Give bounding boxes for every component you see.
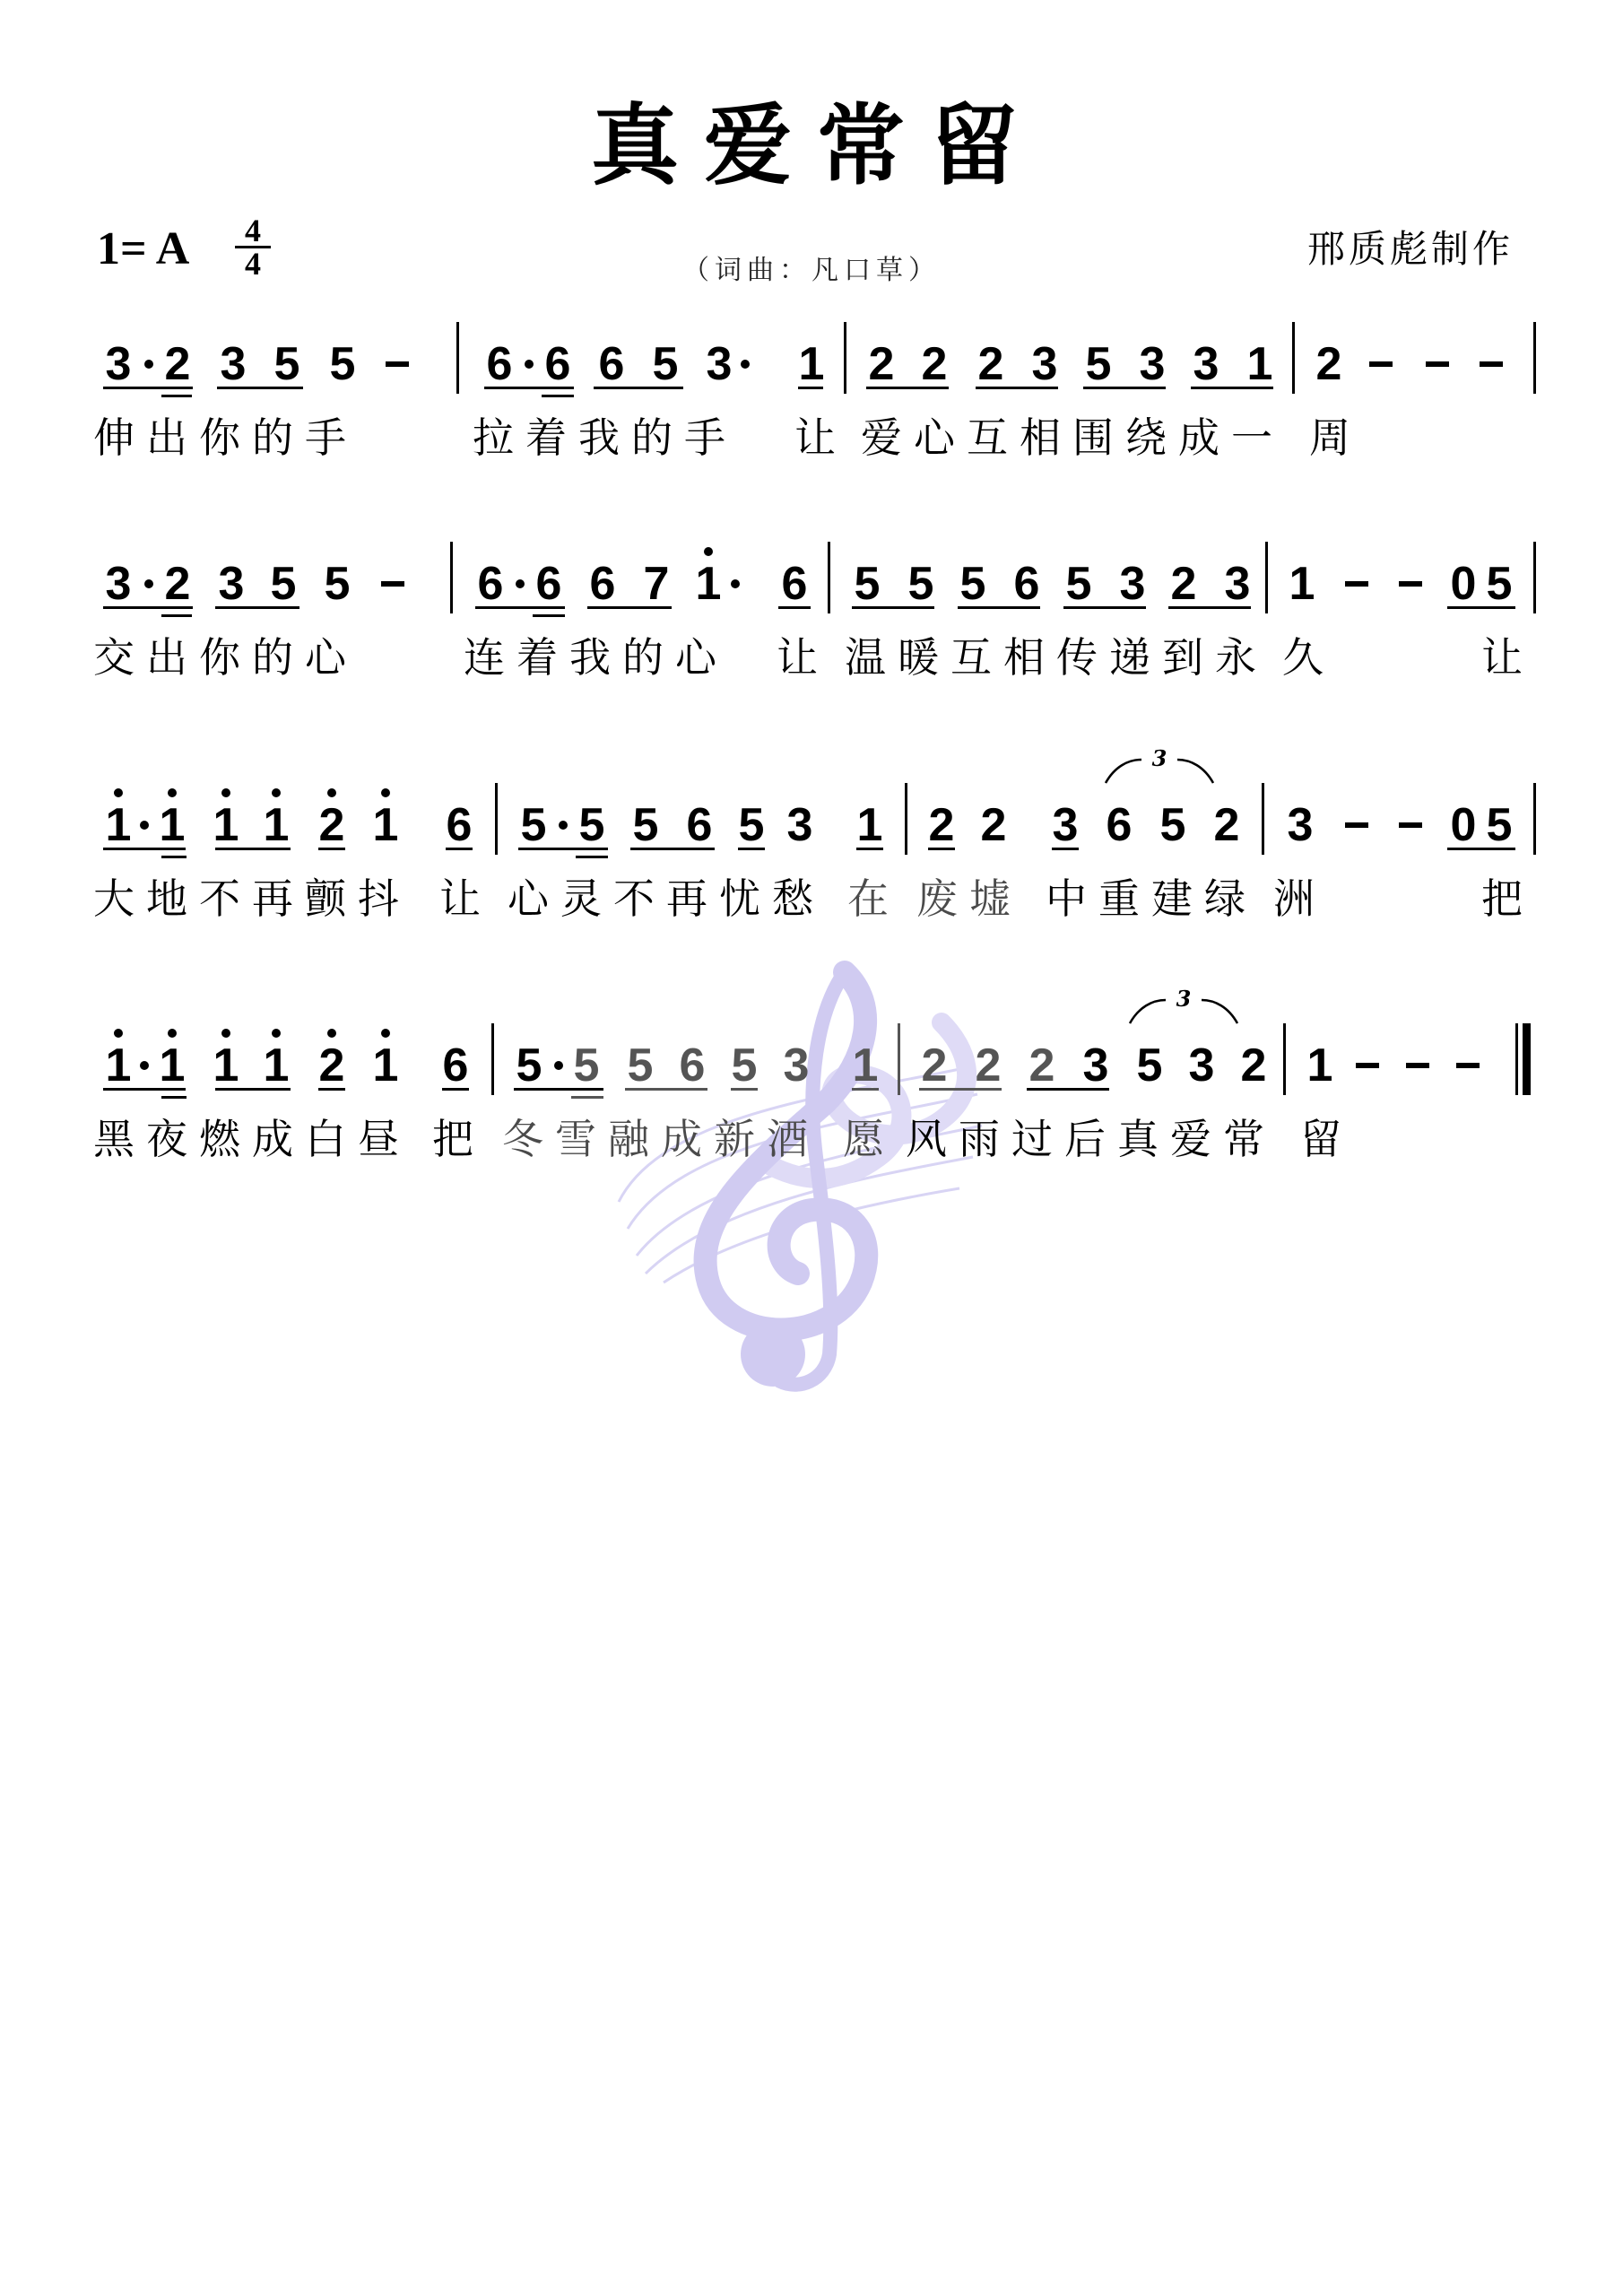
rest: 0 bbox=[1445, 804, 1481, 846]
note: 2 bbox=[916, 1045, 952, 1086]
note: 6 bbox=[1101, 804, 1137, 846]
eighth-underline bbox=[625, 1088, 707, 1091]
sixteenth-underline bbox=[161, 395, 192, 397]
note-high-octave: 1 bbox=[258, 1045, 294, 1086]
augmentation-dot bbox=[525, 360, 534, 369]
lyric-segment: 久 bbox=[1282, 635, 1335, 680]
note-high-octave: 1 bbox=[258, 804, 294, 846]
note: 5 bbox=[733, 804, 769, 846]
barline bbox=[1262, 783, 1264, 855]
augmentation-dot bbox=[741, 360, 750, 369]
lyric-segment: 爱心互相围绕成一 bbox=[861, 415, 1284, 460]
lyric-segment: 伸出你的手 bbox=[93, 415, 358, 460]
sixteenth-underline bbox=[161, 614, 192, 617]
octave-dot bbox=[221, 1029, 230, 1038]
score-line-4: 1 1 1 1 2 1 6 5 5 5 6 5 3 1 2 2 2 3 3 5 … bbox=[0, 1045, 1623, 1224]
eighth-underline bbox=[852, 606, 934, 609]
note: 5 bbox=[574, 804, 610, 846]
note: 2 bbox=[1166, 563, 1202, 604]
lyric-segment: 留 bbox=[1300, 1117, 1353, 1161]
octave-dot bbox=[704, 547, 713, 556]
eighth-underline bbox=[856, 848, 883, 850]
lyric-segment: 中重建绿 bbox=[1046, 876, 1257, 921]
time-signature-denominator: 4 bbox=[235, 248, 271, 279]
sustain-dash bbox=[1345, 822, 1368, 828]
barline bbox=[456, 322, 459, 394]
note: 6 bbox=[482, 344, 517, 385]
eighth-underline bbox=[928, 848, 955, 850]
lyric-segment: 冬雪融成新酒 bbox=[502, 1117, 820, 1161]
lyric-segment: 让 bbox=[777, 635, 829, 680]
eighth-underline bbox=[215, 1088, 291, 1091]
eighth-underline bbox=[731, 1088, 758, 1091]
sixteenth-underline bbox=[161, 1096, 187, 1099]
note-high-octave: 2 bbox=[314, 1045, 350, 1086]
note: 5 bbox=[1061, 563, 1097, 604]
eighth-underline bbox=[976, 387, 1058, 389]
score-line-1: 3 2 3 5 5 6 6 6 5 3 1 2 2 2 3 5 3 3 1 2 … bbox=[0, 344, 1623, 523]
eighth-underline bbox=[318, 848, 345, 850]
eighth-underline bbox=[518, 848, 608, 850]
lyric-segment: 风雨过后真爱常 bbox=[906, 1117, 1276, 1161]
octave-dot bbox=[272, 788, 281, 797]
note: 2 bbox=[864, 344, 899, 385]
score-line-2: 3 2 3 5 5 6 6 6 7 1 6 5 5 5 6 5 3 2 3 1 … bbox=[0, 563, 1623, 743]
note: 3 bbox=[100, 344, 136, 385]
eighth-underline bbox=[217, 387, 303, 389]
note: 3 bbox=[1078, 1045, 1114, 1086]
sustain-dash bbox=[1345, 581, 1368, 587]
eighth-underline bbox=[475, 606, 565, 609]
eighth-underline bbox=[738, 848, 765, 850]
note: 2 bbox=[924, 804, 959, 846]
sustain-dash bbox=[1480, 361, 1503, 367]
note-high-octave: 1 bbox=[100, 1045, 136, 1086]
sixteenth-underline bbox=[161, 856, 187, 858]
triplet-bracket: 3 bbox=[1125, 991, 1224, 1022]
note-high-octave: 1 bbox=[690, 563, 726, 604]
note-high-octave: 1 bbox=[368, 1045, 404, 1086]
note: 2 bbox=[1236, 1045, 1271, 1086]
note: 3 bbox=[1282, 804, 1318, 846]
note: 5 bbox=[325, 344, 360, 385]
eighth-underline bbox=[103, 387, 193, 389]
note: 2 bbox=[1209, 804, 1245, 846]
note-high-octave: 1 bbox=[208, 804, 244, 846]
eighth-underline bbox=[1063, 606, 1146, 609]
sustain-dash bbox=[386, 361, 409, 367]
lyric-segment: 洲 bbox=[1273, 876, 1326, 921]
note: 3 bbox=[213, 563, 249, 604]
lyric-segment: 让 bbox=[794, 415, 847, 460]
eighth-underline bbox=[446, 848, 473, 850]
note-high-octave: 1 bbox=[154, 804, 190, 846]
sustain-dash bbox=[1406, 1063, 1429, 1068]
eighth-underline bbox=[594, 387, 683, 389]
augmentation-dot bbox=[516, 579, 525, 588]
eighth-underline bbox=[798, 387, 823, 389]
note: 3 bbox=[778, 1045, 814, 1086]
augmentation-dot bbox=[144, 579, 153, 588]
lyric-segment: 把 bbox=[1481, 876, 1534, 921]
triplet-number: 3 bbox=[1101, 745, 1218, 771]
note: 3 bbox=[1188, 344, 1224, 385]
note: 6 bbox=[540, 344, 576, 385]
sixteenth-underline bbox=[576, 856, 608, 858]
barline bbox=[495, 783, 498, 855]
barline bbox=[1283, 1023, 1286, 1095]
note: 5 bbox=[511, 1045, 547, 1086]
note: 3 bbox=[701, 344, 737, 385]
eighth-underline bbox=[852, 1088, 879, 1091]
eighth-underline bbox=[866, 387, 949, 389]
sustain-dash bbox=[381, 581, 404, 587]
note: 1 bbox=[852, 804, 888, 846]
augmentation-dot bbox=[140, 821, 149, 830]
note: 2 bbox=[916, 344, 952, 385]
eighth-underline bbox=[587, 606, 672, 609]
eighth-underline bbox=[103, 1088, 186, 1091]
augmentation-dot bbox=[554, 1061, 563, 1070]
sustain-dash bbox=[1399, 581, 1422, 587]
note: 5 bbox=[849, 563, 885, 604]
note: 2 bbox=[1024, 1045, 1060, 1086]
sustain-dash bbox=[1369, 361, 1393, 367]
lyric-segment: 温暖互相传递到永 bbox=[845, 635, 1268, 680]
note: 6 bbox=[674, 1045, 710, 1086]
note: 3 bbox=[1184, 1045, 1219, 1086]
eighth-underline bbox=[1168, 606, 1251, 609]
final-barline-thin bbox=[1515, 1023, 1518, 1095]
note: 3 bbox=[100, 563, 136, 604]
octave-dot bbox=[114, 788, 123, 797]
note: 6 bbox=[438, 1045, 473, 1086]
note: 3 bbox=[215, 344, 251, 385]
barline bbox=[1265, 542, 1268, 613]
note: 2 bbox=[160, 344, 195, 385]
eighth-underline bbox=[1447, 606, 1515, 609]
eighth-underline bbox=[215, 606, 299, 609]
note: 5 bbox=[269, 344, 305, 385]
octave-dot bbox=[114, 1029, 123, 1038]
triplet-bracket: 3 bbox=[1101, 751, 1200, 781]
note: 3 bbox=[1027, 344, 1063, 385]
octave-dot bbox=[327, 1029, 336, 1038]
lyric-segment: 让 bbox=[1481, 635, 1534, 680]
eighth-underline bbox=[778, 606, 811, 609]
eighth-underline bbox=[919, 1088, 1002, 1091]
lyric-segment: 愿 bbox=[843, 1117, 896, 1161]
note: 2 bbox=[976, 804, 1011, 846]
barline bbox=[898, 1023, 900, 1095]
lyric-segment: 周 bbox=[1309, 415, 1362, 460]
barline bbox=[491, 1023, 494, 1095]
note: 5 bbox=[265, 563, 301, 604]
arranger-credit: 邢质彪制作 bbox=[1307, 220, 1514, 274]
song-title: 真爱常留 bbox=[0, 97, 1623, 196]
note: 5 bbox=[628, 804, 664, 846]
eighth-underline bbox=[1191, 387, 1273, 389]
augmentation-dot bbox=[144, 360, 153, 369]
note: 6 bbox=[531, 563, 567, 604]
lyric-segment: 心灵不再忧愁 bbox=[508, 876, 825, 921]
note-high-octave: 1 bbox=[208, 1045, 244, 1086]
note: 5 bbox=[516, 804, 551, 846]
octave-dot bbox=[221, 788, 230, 797]
note: 5 bbox=[1481, 804, 1517, 846]
note: 3 bbox=[1219, 563, 1255, 604]
sustain-dash bbox=[1426, 361, 1449, 367]
note: 3 bbox=[1134, 344, 1170, 385]
octave-dot bbox=[272, 1029, 281, 1038]
octave-dot bbox=[381, 1029, 390, 1038]
note: 7 bbox=[638, 563, 674, 604]
note-high-octave: 2 bbox=[314, 804, 350, 846]
triplet-number: 3 bbox=[1125, 986, 1242, 1012]
note: 1 bbox=[794, 344, 829, 385]
lyric-segment: 交出你的心 bbox=[93, 635, 358, 680]
final-barline-thick bbox=[1523, 1023, 1531, 1095]
barline bbox=[905, 783, 907, 855]
note: 1 bbox=[1284, 563, 1320, 604]
eighth-underline bbox=[484, 387, 574, 389]
note: 5 bbox=[1155, 804, 1191, 846]
eighth-underline bbox=[442, 1088, 469, 1091]
eighth-underline bbox=[1083, 387, 1166, 389]
lyric-segment: 把 bbox=[432, 1117, 485, 1161]
note: 3 bbox=[1047, 804, 1083, 846]
note: 5 bbox=[903, 563, 939, 604]
augmentation-dot bbox=[559, 821, 568, 830]
note-high-octave: 1 bbox=[100, 804, 136, 846]
barline bbox=[844, 322, 846, 394]
eighth-underline bbox=[1052, 848, 1079, 850]
eighth-underline bbox=[103, 848, 186, 850]
note: 5 bbox=[622, 1045, 658, 1086]
eighth-underline bbox=[318, 1088, 345, 1091]
eighth-underline bbox=[514, 1088, 603, 1091]
sixteenth-underline bbox=[571, 1096, 603, 1099]
note: 6 bbox=[681, 804, 717, 846]
note: 5 bbox=[1132, 1045, 1167, 1086]
note: 6 bbox=[1009, 563, 1045, 604]
barline bbox=[828, 542, 830, 613]
augmentation-dot bbox=[140, 1061, 149, 1070]
lyricist-composer-credit: （词曲：凡口草） bbox=[681, 248, 942, 287]
note: 5 bbox=[319, 563, 355, 604]
note: 6 bbox=[594, 344, 629, 385]
note-high-octave: 1 bbox=[368, 804, 404, 846]
lyric-segment: 大地不再颤抖 bbox=[93, 876, 411, 921]
note: 1 bbox=[1242, 344, 1278, 385]
sixteenth-underline bbox=[533, 614, 565, 617]
eighth-underline bbox=[103, 606, 193, 609]
lyric-segment: 拉着我的手 bbox=[473, 415, 737, 460]
octave-dot bbox=[327, 788, 336, 797]
octave-dot bbox=[381, 788, 390, 797]
note: 6 bbox=[777, 563, 812, 604]
octave-dot bbox=[168, 1029, 177, 1038]
time-signature-numerator: 4 bbox=[235, 215, 271, 246]
barline bbox=[450, 542, 453, 613]
augmentation-dot bbox=[731, 579, 740, 588]
barline bbox=[1533, 783, 1536, 855]
note: 5 bbox=[1481, 563, 1517, 604]
note: 5 bbox=[647, 344, 683, 385]
barline bbox=[1533, 322, 1536, 394]
score-line-3: 1 1 1 1 2 1 6 5 5 5 6 5 3 1 2 2 3 3 6 5 … bbox=[0, 804, 1623, 984]
note: 5 bbox=[726, 1045, 762, 1086]
barline bbox=[1292, 322, 1295, 394]
lyric-segment: 让 bbox=[439, 876, 492, 921]
note: 6 bbox=[585, 563, 621, 604]
note: 3 bbox=[782, 804, 818, 846]
eighth-underline bbox=[1447, 848, 1515, 850]
sustain-dash bbox=[1399, 822, 1422, 828]
sixteenth-underline bbox=[542, 395, 574, 397]
note: 2 bbox=[1311, 344, 1347, 385]
note: 5 bbox=[955, 563, 991, 604]
note: 2 bbox=[973, 344, 1009, 385]
note: 5 bbox=[1081, 344, 1116, 385]
time-signature: 4 4 bbox=[235, 215, 271, 279]
note: 1 bbox=[1302, 1045, 1338, 1086]
note: 3 bbox=[1115, 563, 1150, 604]
note: 6 bbox=[441, 804, 477, 846]
lyric-segment: 在 bbox=[847, 876, 900, 921]
barline bbox=[1533, 542, 1536, 613]
eighth-underline bbox=[630, 848, 715, 850]
note-high-octave: 1 bbox=[154, 1045, 190, 1086]
note: 5 bbox=[568, 1045, 604, 1086]
note: 6 bbox=[473, 563, 508, 604]
sustain-dash bbox=[1356, 1063, 1379, 1068]
octave-dot bbox=[168, 788, 177, 797]
note: 2 bbox=[160, 563, 195, 604]
eighth-underline bbox=[1027, 1088, 1109, 1091]
eighth-underline bbox=[958, 606, 1040, 609]
lyric-segment: 废墟 bbox=[916, 876, 1022, 921]
eighth-underline bbox=[215, 848, 291, 850]
lyric-segment: 连着我的心 bbox=[464, 635, 728, 680]
key-signature: 1= A bbox=[97, 224, 189, 274]
lyric-segment: 黑夜燃成白昼 bbox=[93, 1117, 411, 1161]
note: 1 bbox=[847, 1045, 883, 1086]
sustain-dash bbox=[1456, 1063, 1480, 1068]
rest: 0 bbox=[1445, 563, 1481, 604]
note: 2 bbox=[970, 1045, 1006, 1086]
